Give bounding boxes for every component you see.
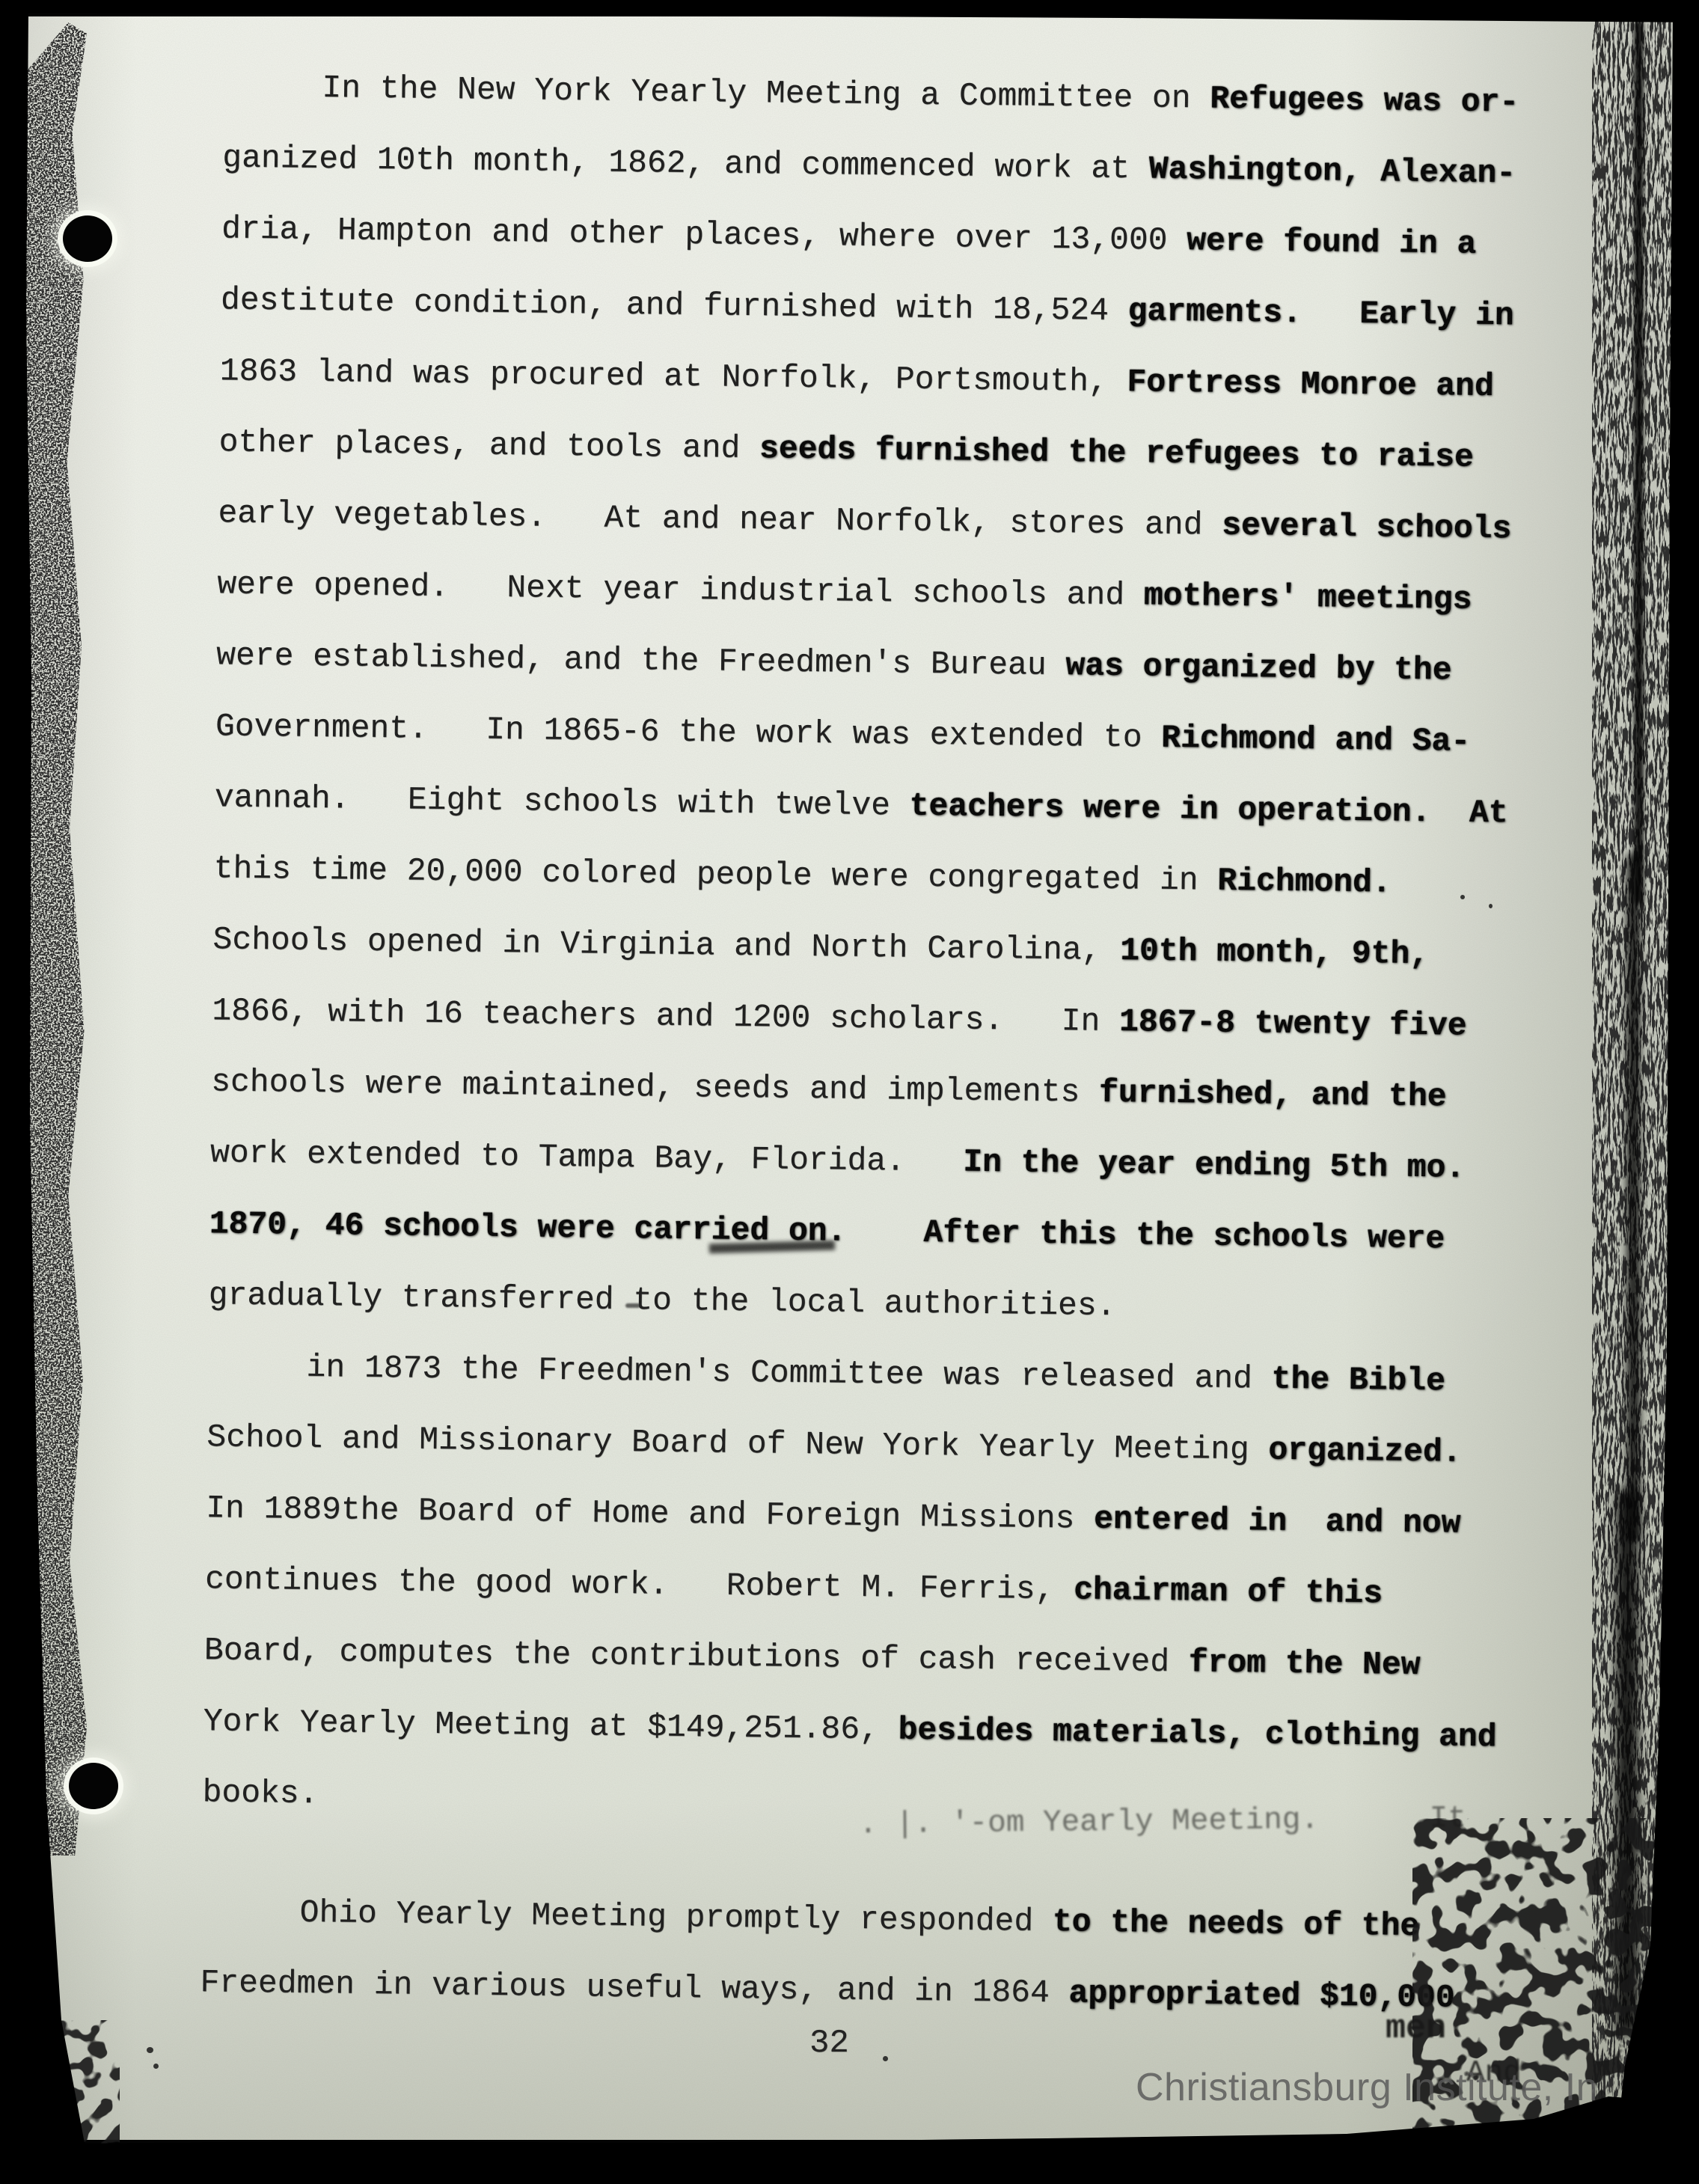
- text-line-plain: were established, and the Freedmen's Bur…: [216, 637, 1066, 684]
- text-line-smudged: chairman of this: [1074, 1571, 1383, 1612]
- text-line-plain: 1866, with 16 teachers and 1200 scholars…: [212, 992, 1119, 1040]
- text-line-smudged: In the year ending 5th mo.: [963, 1144, 1465, 1187]
- watermark: Christiansburg Institute, In: [1136, 2065, 1598, 2110]
- text-line-plain: York Yearly Meeting at $149,251.86,: [203, 1703, 898, 1748]
- text-line-smudged: mothers' meetings: [1144, 577, 1472, 617]
- text-line-smudged: Refugees was or-: [1210, 80, 1519, 120]
- text-line-plain: School and Missionary Board of New York …: [206, 1419, 1269, 1468]
- punch-hole-top: [63, 215, 112, 262]
- text-line-plain: this time 20,000 colored people were con…: [213, 850, 1217, 899]
- text-line-smudged: Richmond.: [1217, 863, 1392, 902]
- text-line-plain: Government. In 1865-6 the work was exten…: [215, 708, 1162, 756]
- text-line-smudged: organized.: [1268, 1432, 1462, 1471]
- text-line-plain: Schools opened in Virginia and North Car…: [212, 921, 1120, 969]
- text-line-plain: other places, and tools and: [218, 423, 759, 467]
- text-line-plain: gradually transferred to the local autho…: [208, 1276, 1115, 1324]
- text-line-smudged: were found in a: [1187, 222, 1477, 263]
- text-line-plain: In the New York Yearly Meeting a Committ…: [322, 70, 1210, 117]
- text-line-smudged: entered in and now: [1094, 1501, 1461, 1542]
- text-line-smudged: seeds furnished the refugees to raise: [759, 430, 1474, 476]
- text-line-smudged: teachers were in operation. At: [909, 788, 1507, 832]
- text-line-plain: work extended to Tampa Bay, Florida.: [210, 1134, 964, 1180]
- text-line-smudged: Fortress Monroe and: [1127, 364, 1494, 405]
- ink-dot: [147, 2047, 153, 2053]
- text-line-plain: 1863 land was procured at Norfolk, Ports…: [220, 352, 1127, 400]
- text-line-smudged: from the New: [1189, 1644, 1421, 1683]
- ink-dot: [1460, 895, 1465, 899]
- text-line-smudged: 10th month, 9th,: [1120, 932, 1429, 973]
- ghost-bleed-line: . |. '-om Yearly Meeting. It: [859, 1802, 1466, 1843]
- page-number: 32: [809, 2025, 849, 2062]
- text-line-plain: ganized 10th month, 1862, and commenced …: [222, 139, 1149, 187]
- text-line-plain: In 1889the Board of Home and Foreign Mis…: [206, 1490, 1095, 1537]
- text-line-smudged: Richmond and Sa-: [1161, 720, 1470, 760]
- text-line-smudged: several schools: [1222, 507, 1512, 548]
- ink-dash: [625, 1303, 640, 1308]
- typed-text: In the New York Yearly Meeting a Committ…: [200, 51, 1615, 2035]
- text-line-plain: destitute condition, and furnished with …: [221, 281, 1128, 329]
- text-line-plain: continues the good work. Robert M. Ferri…: [205, 1561, 1074, 1608]
- text-line-plain: in 1873 the Freedmen's Committee was rel…: [306, 1349, 1272, 1398]
- text-line-smudged: 1867-8 twenty five: [1119, 1003, 1467, 1044]
- scanned-document-page: In the New York Yearly Meeting a Committ…: [0, 0, 1699, 2184]
- text-line-plain: dria, Hampton and other places, where ov…: [221, 210, 1187, 259]
- text-line-smudged: garments. Early in: [1127, 293, 1514, 334]
- text-line-smudged: the Bible: [1271, 1361, 1445, 1400]
- text-line-plain: Freedmen in various useful ways, and in …: [200, 1964, 1069, 2011]
- text-line-plain: schools were maintained, seeds and imple…: [211, 1063, 1100, 1110]
- text-line-smudged: to the needs of the: [1053, 1903, 1420, 1945]
- ink-dot: [883, 2056, 888, 2061]
- right-crease-line: [1616, 1489, 1638, 2035]
- text-line-plain: Ohio Yearly Meeting promptly responded: [299, 1894, 1053, 1940]
- ink-dot: [153, 2064, 159, 2069]
- text-line-smudged: Washington, Alexan-: [1149, 150, 1516, 192]
- text-line-plain: books.: [202, 1774, 318, 1812]
- text-line-plain: early vegetables. At and near Norfolk, s…: [218, 495, 1222, 543]
- ink-dot: [1489, 904, 1493, 908]
- text-line-smudged: besides materials, clothing and: [898, 1712, 1496, 1756]
- punch-hole-bottom: [69, 1763, 118, 1809]
- right-crease-line: [1626, 853, 1641, 1541]
- right-crease-line: [1634, 21, 1644, 904]
- text-line-plain: Board, computes the contributions of cas…: [204, 1632, 1190, 1680]
- ghost-fragment-men: men: [1386, 2010, 1446, 2048]
- text-line-plain: were opened. Next year industrial school…: [217, 566, 1144, 614]
- text-line-smudged: was organized by the: [1065, 647, 1452, 688]
- text-line-plain: vannah. Eight schools with twelve: [215, 779, 910, 824]
- text-line-smudged: furnished, and the: [1099, 1074, 1447, 1116]
